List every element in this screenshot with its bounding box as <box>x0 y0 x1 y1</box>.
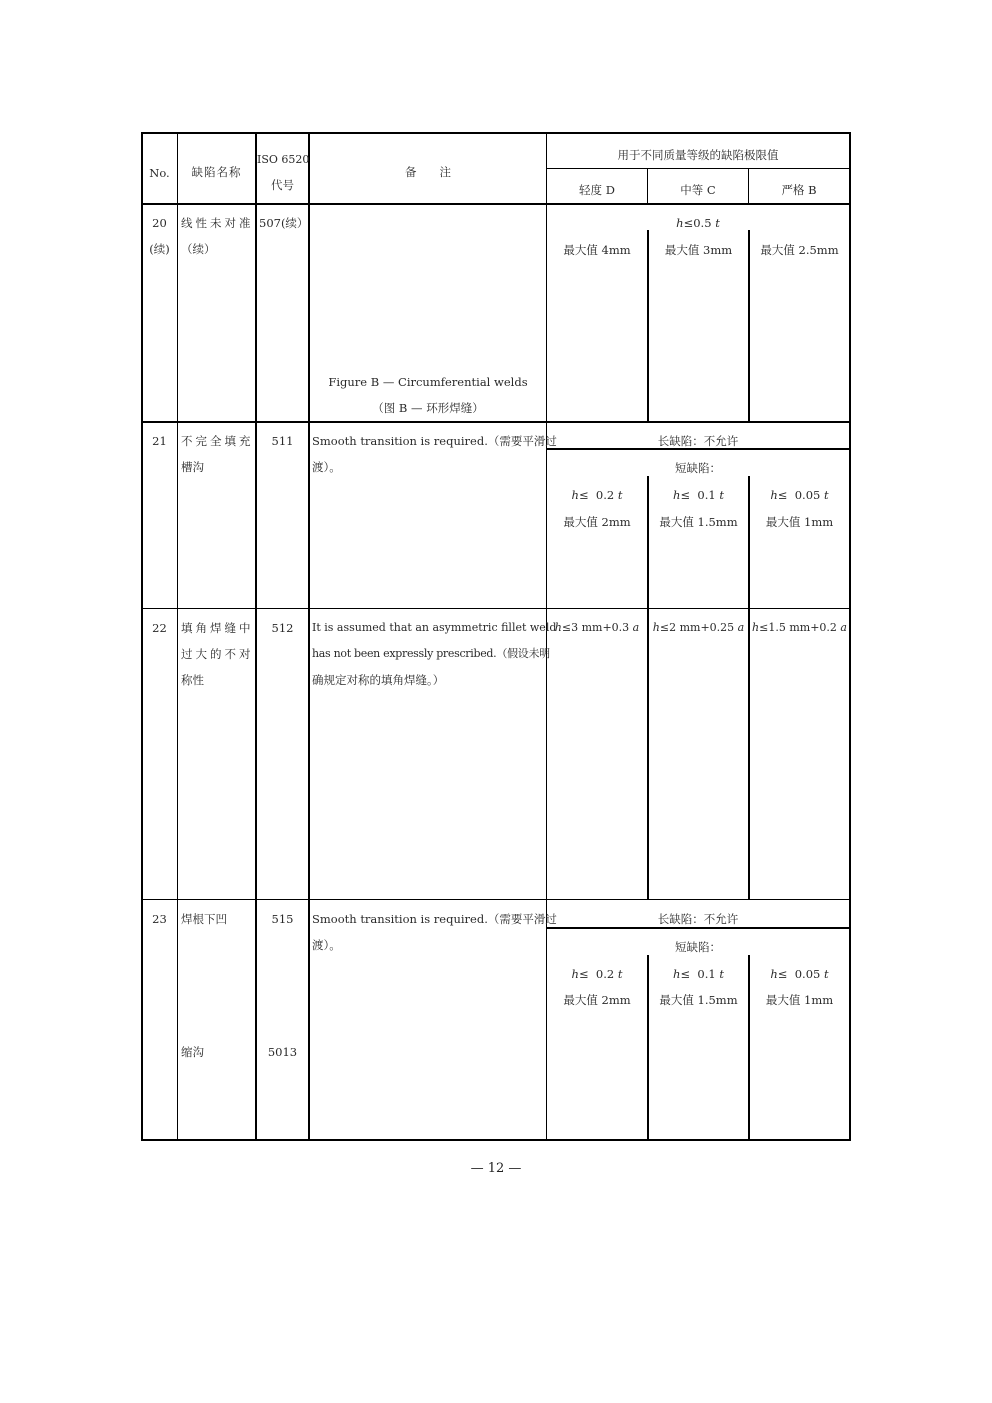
figure-caption-zh: （图 B — 环形焊缝） <box>310 401 546 415</box>
figure-caption-en: Figure B — Circumferential welds <box>310 375 546 389</box>
row-separator <box>141 608 851 609</box>
limit-level-d: h≤3 mm+0.3 a <box>547 621 647 635</box>
defect-name-continued: 槽沟 <box>181 460 204 474</box>
limit-h-level-d: h≤ 0.2 t <box>547 488 647 502</box>
limit-level-c: 最大值 3mm <box>649 243 748 257</box>
short-defect-label: 短缺陷： <box>547 940 849 954</box>
page-number: — 12 — <box>0 1161 992 1176</box>
limit-level-b: h≤1.5 mm+0.2 a <box>750 621 849 635</box>
iso-code-secondary: 5013 <box>257 1045 308 1059</box>
limit-level-b: 最大值 2.5mm <box>750 243 849 257</box>
remarks-continued: 渡）。 <box>312 460 341 474</box>
long-defect-limit: 长缺陷：不允许 <box>547 912 849 926</box>
defect-name: 填角焊缝中 <box>181 621 254 635</box>
level-divider <box>647 230 649 422</box>
header-subdivider <box>546 168 850 169</box>
col-divider <box>255 132 257 1140</box>
long-defect-limit: 长缺陷：不允许 <box>547 434 849 448</box>
limit-level-d: 最大值 4mm <box>547 243 647 257</box>
remarks: It is assumed that an asymmetric fillet … <box>312 621 556 635</box>
defect-name: 不完全填充 <box>181 434 254 448</box>
remarks: Smooth transition is required.（需要平滑过 <box>312 434 557 448</box>
shared-limit: h≤0.5 t <box>547 216 849 230</box>
limit-h-level-d: h≤ 0.2 t <box>547 967 647 981</box>
remarks-continued: has not been expressly prescribed.（假设未明 <box>312 647 550 661</box>
long-defect-divider <box>546 927 850 929</box>
limit-level-d: 最大值 2mm <box>547 515 647 529</box>
row-no: 21 <box>142 434 177 448</box>
limit-level-b: 最大值 1mm <box>750 993 849 1007</box>
limit-h-level-b: h≤ 0.05 t <box>750 488 849 502</box>
limit-h-level-c: h≤ 0.1 t <box>649 488 748 502</box>
header-level-b: 严格 B <box>749 183 849 197</box>
header-iso-code-label: 代号 <box>257 178 308 192</box>
table-border-top <box>141 132 851 134</box>
remarks: Smooth transition is required.（需要平滑过 <box>312 912 557 926</box>
row-no-continued: (续) <box>142 242 177 256</box>
defect-name-continued: 称性 <box>181 673 204 687</box>
long-defect-divider <box>546 448 850 450</box>
header-level-c: 中等 C <box>648 183 748 197</box>
header-no: No. <box>142 166 177 180</box>
limit-level-c: h≤2 mm+0.25 a <box>649 621 748 635</box>
header-bottom <box>141 203 851 205</box>
row-no: 23 <box>142 912 177 926</box>
header-iso-code: ISO 6520 <box>257 153 308 167</box>
defect-name-continued: 过大的不对 <box>181 647 254 661</box>
level-divider <box>748 609 750 900</box>
iso-code: 512 <box>257 621 308 635</box>
defect-name-continued: （续） <box>181 242 216 256</box>
limit-level-b: 最大值 1mm <box>750 515 849 529</box>
short-defect-label: 短缺陷： <box>547 461 849 475</box>
defect-name: 线性未对准 <box>181 216 254 230</box>
defect-name-secondary: 缩沟 <box>181 1045 204 1059</box>
remarks-continued: 确规定对称的填角焊缝。） <box>312 673 444 687</box>
row-no: 22 <box>142 621 177 635</box>
remarks-continued: 渡）。 <box>312 938 341 952</box>
header-defect-name: 缺陷名称 <box>178 165 255 179</box>
limit-h-level-b: h≤ 0.05 t <box>750 967 849 981</box>
level-divider <box>748 230 750 422</box>
iso-code: 511 <box>257 434 308 448</box>
table-border-left <box>141 132 143 1141</box>
level-divider <box>647 609 649 900</box>
limit-level-c: 最大值 1.5mm <box>649 515 748 529</box>
header-limits-title: 用于不同质量等级的缺陷极限值 <box>547 148 849 162</box>
limit-level-c: 最大值 1.5mm <box>649 993 748 1007</box>
level-divider <box>748 955 750 1140</box>
table-border-right <box>849 132 851 1141</box>
col-divider <box>177 132 178 1140</box>
col-divider <box>308 132 310 1140</box>
iso-code: 507(续） <box>259 216 308 230</box>
table-border-bottom <box>141 1139 851 1141</box>
level-divider <box>647 955 649 1140</box>
header-remarks: 备 注 <box>310 165 546 179</box>
defect-name: 焊根下凹 <box>181 912 227 926</box>
row-separator <box>141 421 851 423</box>
row-separator <box>141 899 851 900</box>
row-no: 20 <box>142 216 177 230</box>
col-divider <box>546 132 547 1140</box>
limit-h-level-c: h≤ 0.1 t <box>649 967 748 981</box>
header-level-d: 轻度 D <box>547 183 647 197</box>
iso-code: 515 <box>257 912 308 926</box>
limit-level-d: 最大值 2mm <box>547 993 647 1007</box>
